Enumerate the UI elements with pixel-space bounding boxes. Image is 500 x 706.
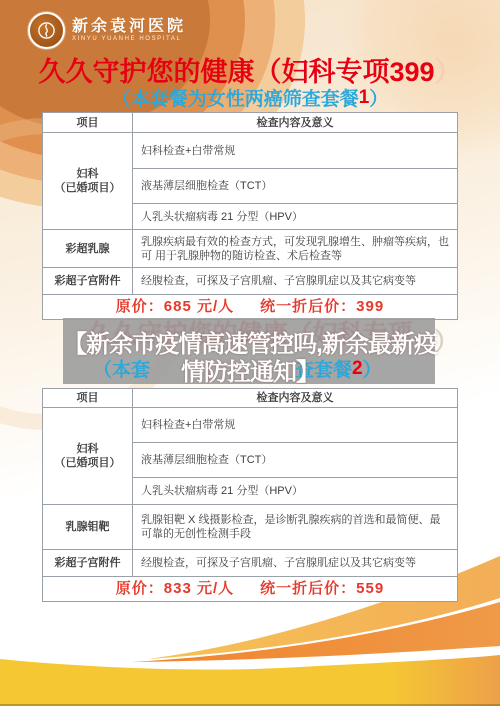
table-row: 彩超乳腺 乳腺疾病最有效的检查方式，可发现乳腺增生、肿瘤等疾病，也可 用于乳腺肿… — [43, 230, 458, 268]
hospital-name: 新余袁河医院 — [72, 18, 186, 35]
package2-table: 项目 检查内容及意义 妇科 （已婚项目） 妇科检查+白带常规 液基薄层细胞检查（… — [42, 388, 458, 602]
discount-price: 统一折后价：399 — [260, 298, 384, 315]
table-row: 妇科 （已婚项目） 妇科检查+白带常规 — [43, 408, 458, 443]
package1-title-text: 久久守护您的健康（妇科专项399 — [38, 57, 434, 87]
group-label-line2: （已婚项目） — [51, 456, 124, 470]
package1-subtitle-suffix: ） — [369, 89, 388, 110]
item-name-cell: 乳腺钼靶 — [43, 505, 133, 550]
package1-subtitle-prefix: （本套餐为女性两癌筛查套餐 — [112, 89, 359, 110]
package1-title-paren: ） — [435, 57, 462, 87]
package1-subtitle: （本套餐为女性两癌筛查套餐1） — [0, 84, 500, 111]
discount-price: 统一折后价：559 — [260, 580, 384, 597]
promo-poster: 新余袁河医院 XINYU YUANHE HOSPITAL 久久守护您的健康（妇科… — [0, 0, 500, 706]
original-price: 原价：833 元/人 — [116, 580, 234, 597]
item-content-cell: 经腹检查，可探及子宫肌瘤、子宫腺肌症以及其它病变等 — [133, 268, 458, 295]
table-row: 乳腺钼靶 乳腺钼靶 X 线摄影检查，是诊断乳腺疾病的首选和最简便、最可靠的无创性… — [43, 505, 458, 550]
price-cell: 原价：833 元/人统一折后价：559 — [43, 577, 458, 602]
table-row: 妇科 （已婚项目） 妇科检查+白带常规 — [43, 133, 458, 169]
group-cell-gynecology: 妇科 （已婚项目） — [43, 408, 133, 505]
hospital-logo-text: 新余袁河医院 XINYU YUANHE HOSPITAL — [72, 18, 186, 43]
news-caption-line2: 情防控通知】 — [0, 352, 500, 387]
group-label-line1: 妇科 — [51, 442, 124, 456]
package1-table: 项目 检查内容及意义 妇科 （已婚项目） 妇科检查+白带常规 液基薄层细胞检查（… — [42, 112, 458, 320]
exam-item-cell: 液基薄层细胞检查（TCT） — [133, 169, 458, 204]
original-price: 原价：685 元/人 — [116, 298, 234, 315]
item-name-cell: 彩超乳腺 — [43, 230, 133, 268]
hospital-name-english: XINYU YUANHE HOSPITAL — [72, 35, 186, 43]
header-content: 检查内容及意义 — [133, 389, 458, 408]
item-name-cell: 彩超子宫附件 — [43, 268, 133, 295]
yellow-band-shape — [0, 655, 500, 706]
table-header-row: 项目 检查内容及意义 — [43, 389, 458, 408]
table-row: 彩超子宫附件 经腹检查，可探及子宫肌瘤、子宫腺肌症以及其它病变等 — [43, 268, 458, 295]
package1-subtitle-number: 1 — [359, 87, 370, 108]
price-row: 原价：833 元/人统一折后价：559 — [43, 577, 458, 602]
item-content-cell: 乳腺钼靶 X 线摄影检查，是诊断乳腺疾病的首选和最简便、最可靠的无创性检测手段 — [133, 505, 458, 550]
item-name-cell: 彩超子宫附件 — [43, 550, 133, 577]
hospital-emblem-icon — [28, 12, 65, 49]
exam-item-cell: 人乳头状瘤病毒 21 分型（HPV） — [133, 204, 458, 230]
exam-item-cell: 液基薄层细胞检查（TCT） — [133, 443, 458, 478]
emblem-glyph-icon — [37, 21, 56, 40]
exam-item-cell: 妇科检查+白带常规 — [133, 133, 458, 169]
item-content-cell: 经腹检查，可探及子宫肌瘤、子宫腺肌症以及其它病变等 — [133, 550, 458, 577]
header-content: 检查内容及意义 — [133, 113, 458, 133]
group-cell-gynecology: 妇科 （已婚项目） — [43, 133, 133, 230]
table-header-row: 项目 检查内容及意义 — [43, 113, 458, 133]
exam-item-cell: 妇科检查+白带常规 — [133, 408, 458, 443]
header-item: 项目 — [43, 389, 133, 408]
exam-item-cell: 人乳头状瘤病毒 21 分型（HPV） — [133, 478, 458, 505]
hospital-logo: 新余袁河医院 XINYU YUANHE HOSPITAL — [28, 12, 186, 49]
group-label-line1: 妇科 — [51, 167, 124, 181]
group-label-line2: （已婚项目） — [51, 181, 124, 195]
item-content-cell: 乳腺疾病最有效的检查方式，可发现乳腺增生、肿瘤等疾病，也可 用于乳腺肿物的随访检… — [133, 230, 458, 268]
header-item: 项目 — [43, 113, 133, 133]
table-row: 彩超子宫附件 经腹检查，可探及子宫肌瘤、子宫腺肌症以及其它病变等 — [43, 550, 458, 577]
